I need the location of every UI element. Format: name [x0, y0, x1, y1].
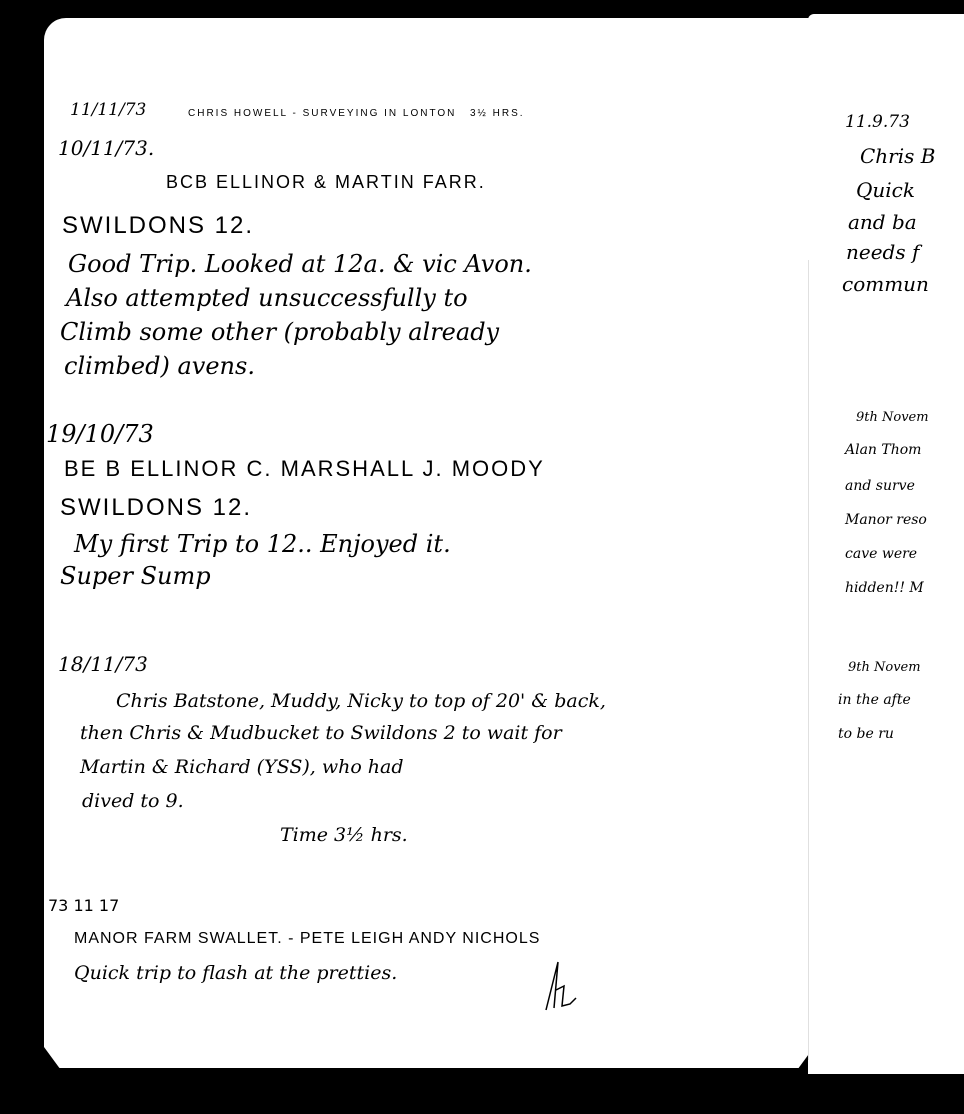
entry-line: My first Trip to 12.. Enjoyed it. [74, 530, 451, 558]
entry-line: Time 3½ hrs. [280, 824, 408, 846]
entry-duration: 3½ hrs. [470, 108, 525, 119]
entry-date: 18/11/73 [58, 652, 148, 676]
entry-line: and surve [845, 478, 915, 494]
entry-line: Quick trip to flash at the pretties. [74, 962, 397, 984]
entry-line: Swildons 12. [60, 494, 252, 522]
entry-line: Swildons 12. [62, 212, 254, 240]
entry-line: Chris Howell - surveying in Lonton [188, 108, 456, 119]
entry-line: climbed) avens. [64, 352, 255, 380]
entry-line: Chris B [860, 144, 935, 168]
entry-line: in the afte [838, 692, 911, 708]
entry-line: Also attempted unsuccessfully to [66, 284, 468, 312]
entry-line: BCB Ellinor & Martin Farr. [166, 172, 486, 193]
entry-line: then Chris & Mudbucket to Swildons 2 to … [80, 722, 562, 744]
entry-line: Super Sump [60, 562, 211, 590]
entry-line: Alan Thom [845, 442, 921, 458]
entry-line: Manor Farm Swallet. - Pete Leigh Andy Ni… [74, 930, 540, 948]
entry-line: cave were [845, 546, 917, 562]
entry-line: Climb some other (probably already [60, 318, 499, 346]
entry-date: 11.9.73 [845, 112, 910, 132]
entry-date: 10/11/73. [58, 136, 154, 160]
entry-line: Quick [856, 178, 915, 202]
right-page [808, 14, 964, 1074]
entry-date: 73 11 17 [48, 896, 119, 915]
entry-date: 11/11/73 [70, 100, 146, 120]
page-gutter [808, 260, 809, 1060]
entry-line: dived to 9. [82, 790, 184, 812]
signature-mark [542, 960, 582, 1012]
entry-line: hidden!! M [845, 580, 924, 596]
entry-line: and ba [848, 210, 917, 234]
entry-date: 9th Novem [848, 660, 921, 675]
entry-line: Chris Batstone, Muddy, Nicky to top of 2… [116, 690, 606, 712]
entry-line: needs f [846, 240, 919, 264]
entry-date: 9th Novem [856, 410, 929, 425]
entry-line: commun [842, 272, 929, 296]
entry-line: Manor reso [845, 512, 927, 528]
entry-line: to be ru [838, 726, 894, 742]
entry-line: Martin & Richard (YSS), who had [80, 756, 404, 778]
entry-line: Good Trip. Looked at 12a. & vic Avon. [68, 250, 532, 278]
entry-date: 19/10/73 [46, 420, 154, 448]
entry-line: BE B Ellinor C. Marshall J. Moody [64, 456, 545, 482]
